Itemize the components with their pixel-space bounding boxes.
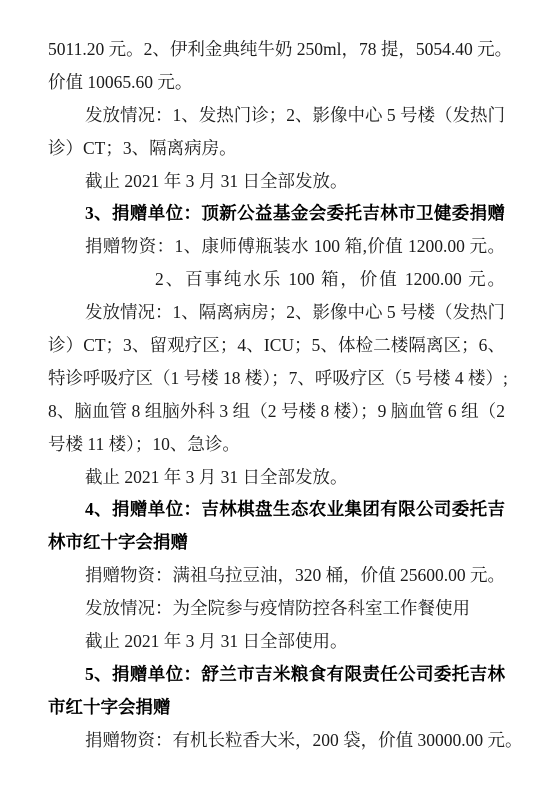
text-line: 捐赠物资：有机长粒香大米，200 袋，价值 30000.00 元。	[48, 724, 505, 757]
text-line: 发放情况：1、发热门诊；2、影像中心 5 号楼（发热门	[48, 99, 505, 132]
text-line: 诊）CT；3、留观疗区；4、ICU；5、体检二楼隔离区；6、	[48, 329, 505, 362]
text-line: 号楼 11 楼）；10、急诊。	[48, 428, 505, 461]
text-line: 捐赠物资：满祖乌拉豆油，320 桶，价值 25600.00 元。	[48, 559, 505, 592]
text-line: 特诊呼吸疗区（1 号楼 18 楼）；7、呼吸疗区（5 号楼 4 楼）;	[48, 362, 505, 395]
text-line: 发放情况：为全院参与疫情防控各科室工作餐使用	[48, 592, 505, 625]
document-page: 5011.20 元。2、伊利金典纯牛奶 250ml，78 提，5054.40 元…	[0, 0, 550, 810]
section-heading-line: 林市红十字会捐赠	[48, 526, 505, 559]
text-line: 截止 2021 年 3 月 31 日全部使用。	[48, 625, 505, 658]
text-line: 2、百事纯水乐 100 箱，价值 1200.00 元。	[48, 263, 505, 296]
section-heading-line: 4、捐赠单位：吉林棋盘生态农业集团有限公司委托吉	[48, 493, 505, 526]
text-line: 价值 10065.60 元。	[48, 66, 505, 99]
text-line: 截止 2021 年 3 月 31 日全部发放。	[48, 461, 505, 494]
document-body: 5011.20 元。2、伊利金典纯牛奶 250ml，78 提，5054.40 元…	[48, 33, 505, 757]
text-line: 截止 2021 年 3 月 31 日全部发放。	[48, 165, 505, 198]
text-line: 发放情况：1、隔离病房；2、影像中心 5 号楼（发热门	[48, 296, 505, 329]
text-line: 5011.20 元。2、伊利金典纯牛奶 250ml，78 提，5054.40 元…	[48, 33, 505, 66]
text-line: 8、脑血管 8 组脑外科 3 组（2 号楼 8 楼）；9 脑血管 6 组（2	[48, 395, 505, 428]
text-line: 诊）CT；3、隔离病房。	[48, 132, 505, 165]
section-heading-line: 3、捐赠单位：顶新公益基金会委托吉林市卫健委捐赠	[48, 197, 505, 230]
text-line: 捐赠物资：1、康师傅瓶装水 100 箱,价值 1200.00 元。	[48, 230, 505, 263]
section-heading-line: 5、捐赠单位：舒兰市吉米粮食有限责任公司委托吉林	[48, 658, 505, 691]
section-heading-line: 市红十字会捐赠	[48, 691, 505, 724]
